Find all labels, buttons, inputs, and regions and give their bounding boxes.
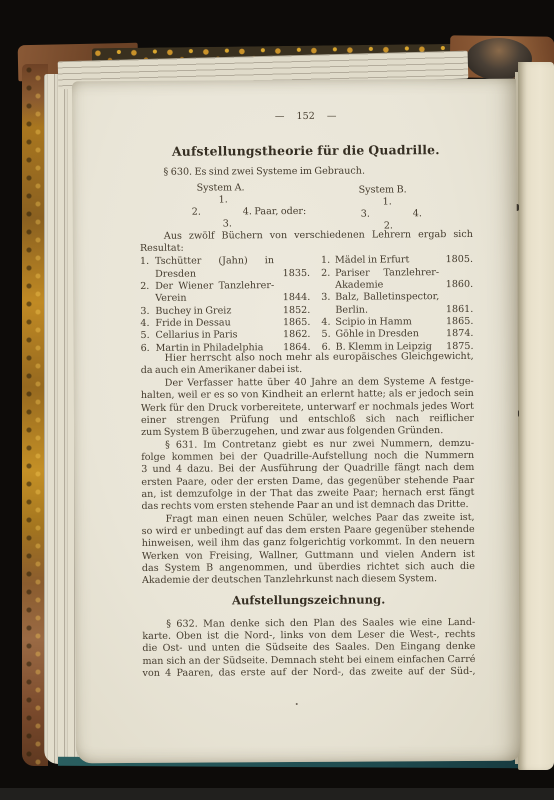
book-scan-photo: — 152 — Aufstellungstheorie für die Quad…: [0, 0, 554, 800]
list-item: 4.Fride in Dessau1865.: [140, 317, 310, 330]
list-item: 5.Cellarius in Paris1862.: [140, 329, 310, 342]
print-speck: [296, 703, 298, 705]
list-item: 1.Tschütter (Jahn) in: [140, 255, 310, 268]
list-item: 3.Balz, Balletinspector,: [321, 291, 473, 304]
system-b-left: 3.: [361, 208, 370, 220]
list-item: Akademie1860.: [321, 279, 473, 292]
system-a-top: 1.: [219, 194, 228, 206]
list-item: 2.Der Wiener Tanzlehrer-: [140, 280, 310, 293]
result-intro: Aus zwölf Büchern von verschiedenen Lehr…: [140, 229, 473, 256]
sources-right-column: 1.Mädel in Erfurt1805. 2.Pariser Tanzleh…: [321, 254, 474, 354]
section-subtitle: Aufstellungszeichnung.: [142, 592, 475, 609]
paragraph-verfasser: Der Verfasser hatte über 40 Jahre an dem…: [141, 376, 474, 440]
sources-left-column: 1.Tschütter (Jahn) in Dresden1835. 2.Der…: [140, 255, 311, 355]
system-b-bottom: 2.: [384, 220, 393, 232]
list-item: Dresden1835.: [140, 268, 310, 281]
photo-table-strip: [0, 788, 554, 800]
system-a-label: System A.: [197, 182, 245, 195]
paragraph-schueler: Fragt man einen neuen Schüler, welches P…: [142, 512, 475, 588]
system-a-right: 4. Paar, oder:: [243, 206, 307, 219]
sources-list: 1.Tschütter (Jahn) in Dresden1835. 2.Der…: [140, 254, 474, 355]
page-text-block: — 152 — Aufstellungstheorie für die Quad…: [139, 110, 475, 680]
paragraph-632: § 632. Man denke sich den Plan des Saale…: [142, 617, 475, 681]
system-diagram: System A. System B. 1. 1. 2. 4. Paar, od…: [140, 179, 473, 231]
paragraph-balance: Hier herrscht also noch mehr als europäi…: [141, 351, 474, 378]
paragraph-630: § 630. Es sind zwei Systeme im Gebrauch.: [139, 165, 472, 179]
book-page: — 152 — Aufstellungstheorie für die Quad…: [72, 79, 520, 764]
system-b-label: System B.: [359, 184, 407, 197]
list-item: Berlin.1861.: [321, 304, 473, 317]
system-a-left: 2.: [192, 206, 201, 218]
next-page-sliver: [518, 62, 554, 770]
list-item: Verein1844.: [140, 292, 310, 305]
system-b-right: 4.: [413, 208, 422, 220]
section-title: Aufstellungstheorie für die Quadrille.: [139, 142, 472, 159]
page-number: — 152 —: [139, 110, 472, 124]
system-a-bottom: 3.: [223, 218, 232, 230]
list-item: 4.Scipio in Hamm1865.: [321, 316, 473, 329]
list-item: 3.Buchey in Greiz1852.: [140, 305, 310, 318]
system-b-top: 1.: [383, 196, 392, 208]
list-item: 1.Mädel in Erfurt1805.: [321, 254, 473, 267]
list-item: 5.Göhle in Dresden1874.: [321, 328, 473, 341]
list-item: 2.Pariser Tanzlehrer-: [321, 267, 473, 280]
paragraph-631: § 631. Im Contretanz giebt es nur zwei N…: [141, 437, 474, 513]
